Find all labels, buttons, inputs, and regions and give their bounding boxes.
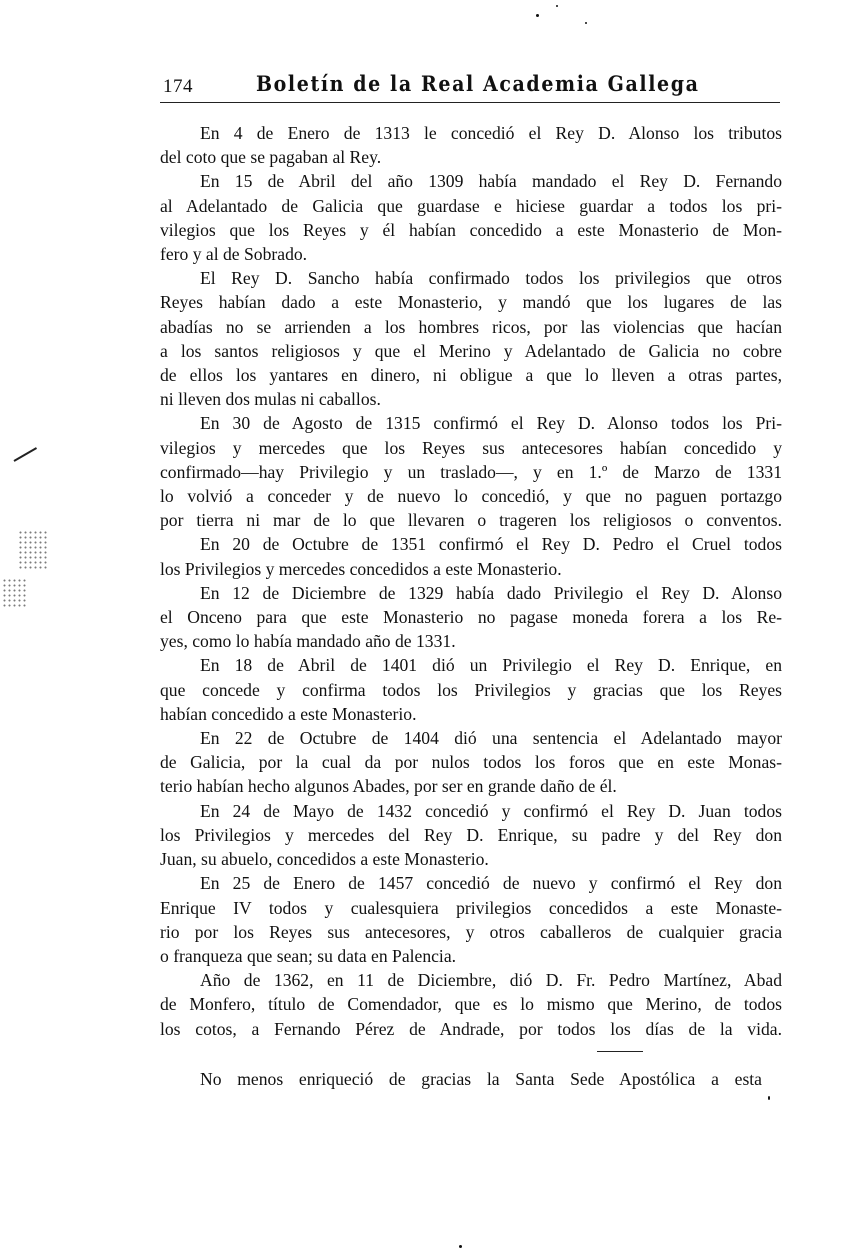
page-number: 174 (163, 76, 193, 98)
text-line: por tierra ni mar de lo que llevaren o t… (160, 508, 782, 532)
text-line: confirmado—hay Privilegio y un traslado—… (160, 460, 782, 484)
text-line: de Monfero, título de Comendador, que es… (160, 992, 782, 1016)
text-line: ni lleven dos mulas ni caballos. (160, 387, 782, 411)
text-line: de ellos los yantares en dinero, ni obli… (160, 363, 782, 387)
text-line: terio habían hecho algunos Abades, por s… (160, 774, 782, 798)
text-line: En 18 de Abril de 1401 dió un Privilegio… (160, 653, 782, 677)
text-line: Año de 1362, en 11 de Diciembre, dió D. … (160, 968, 782, 992)
text-line: En 4 de Enero de 1313 le concedió el Rey… (160, 121, 782, 145)
text-line: de Galicia, por la cual da por nulos tod… (160, 750, 782, 774)
text-line: vilegios y mercedes que los Reyes sus an… (160, 436, 782, 460)
text-line: Reyes habían dado a este Monasterio, y m… (160, 290, 782, 314)
paragraph: En 12 de Diciembre de 1329 había dado Pr… (160, 581, 782, 654)
paragraph: En 25 de Enero de 1457 concedió de nuevo… (160, 871, 782, 968)
paragraph: En 18 de Abril de 1401 dió un Privilegio… (160, 653, 782, 726)
text-line: rio por los Reyes sus antecesores, y otr… (160, 920, 782, 944)
text-line: En 22 de Octubre de 1404 dió una sentenc… (160, 726, 782, 750)
text-line: En 25 de Enero de 1457 concedió de nuevo… (160, 871, 782, 895)
scan-speck (556, 5, 558, 7)
scan-speck (585, 22, 587, 24)
text-line: al Adelantado de Galicia que guardase e … (160, 194, 782, 218)
paragraph: El Rey D. Sancho había confirmado todos … (160, 266, 782, 411)
text-line: En 12 de Diciembre de 1329 había dado Pr… (160, 581, 782, 605)
text-line: el Onceno para que este Monasterio no pa… (160, 605, 782, 629)
paragraph: En 15 de Abril del año 1309 había mandad… (160, 169, 782, 266)
paragraph: En 4 de Enero de 1313 le concedió el Rey… (160, 121, 782, 169)
text-line: del coto que se pagaban al Rey. (160, 145, 782, 169)
text-line: a los santos religiosos y que el Merino … (160, 339, 782, 363)
margin-ink-blot (18, 530, 48, 570)
header-rule (160, 102, 780, 103)
text-line: lo volvió a conceder y de nuevo lo conce… (160, 484, 782, 508)
body-text: En 4 de Enero de 1313 le concedió el Rey… (160, 121, 782, 1041)
text-line: En 24 de Mayo de 1432 concedió y confirm… (160, 799, 782, 823)
paragraph: Año de 1362, en 11 de Diciembre, dió D. … (160, 968, 782, 1041)
text-line: yes, como lo había mandado año de 1331. (160, 629, 782, 653)
scan-speck (459, 1245, 462, 1248)
section-divider (597, 1051, 643, 1052)
text-line: abadías no se arrienden a los hombres ri… (160, 315, 782, 339)
text-line: En 15 de Abril del año 1309 había mandad… (160, 169, 782, 193)
text-line: los Privilegios y mercedes concedidos a … (160, 557, 782, 581)
paragraph: En 22 de Octubre de 1404 dió una sentenc… (160, 726, 782, 799)
paragraph: En 30 de Agosto de 1315 confirmó el Rey … (160, 411, 782, 532)
text-line: Enrique IV todos y cualesquiera privileg… (160, 896, 782, 920)
text-line: los cotos, a Fernando Pérez de Andrade, … (160, 1017, 782, 1041)
text-line: o franqueza que sean; su data en Palenci… (160, 944, 782, 968)
margin-ink-blot (2, 578, 26, 608)
text-line: que concede y confirma todos los Privile… (160, 678, 782, 702)
text-line: fero y al de Sobrado. (160, 242, 782, 266)
text-line: Juan, su abuelo, concedidos a este Monas… (160, 847, 782, 871)
text-line: El Rey D. Sancho había confirmado todos … (160, 266, 782, 290)
closing-paragraph: No menos enriqueció de gracias la Santa … (160, 1067, 762, 1091)
text-line: vilegios que los Reyes y él habían conce… (160, 218, 782, 242)
paragraph: En 20 de Octubre de 1351 confirmó el Rey… (160, 532, 782, 580)
text-line: habían concedido a este Monasterio. (160, 702, 782, 726)
scan-speck (768, 1096, 770, 1100)
margin-pen-stroke (14, 447, 38, 462)
text-line: En 30 de Agosto de 1315 confirmó el Rey … (160, 411, 782, 435)
text-line: En 20 de Octubre de 1351 confirmó el Rey… (160, 532, 782, 556)
running-head: 174 Boletín de la Real Academia Gallega (160, 72, 780, 100)
paragraph: En 24 de Mayo de 1432 concedió y confirm… (160, 799, 782, 872)
text-line: los Privilegios y mercedes del Rey D. En… (160, 823, 782, 847)
scan-speck (536, 14, 539, 17)
journal-title: Boletín de la Real Academia Gallega (256, 72, 700, 97)
